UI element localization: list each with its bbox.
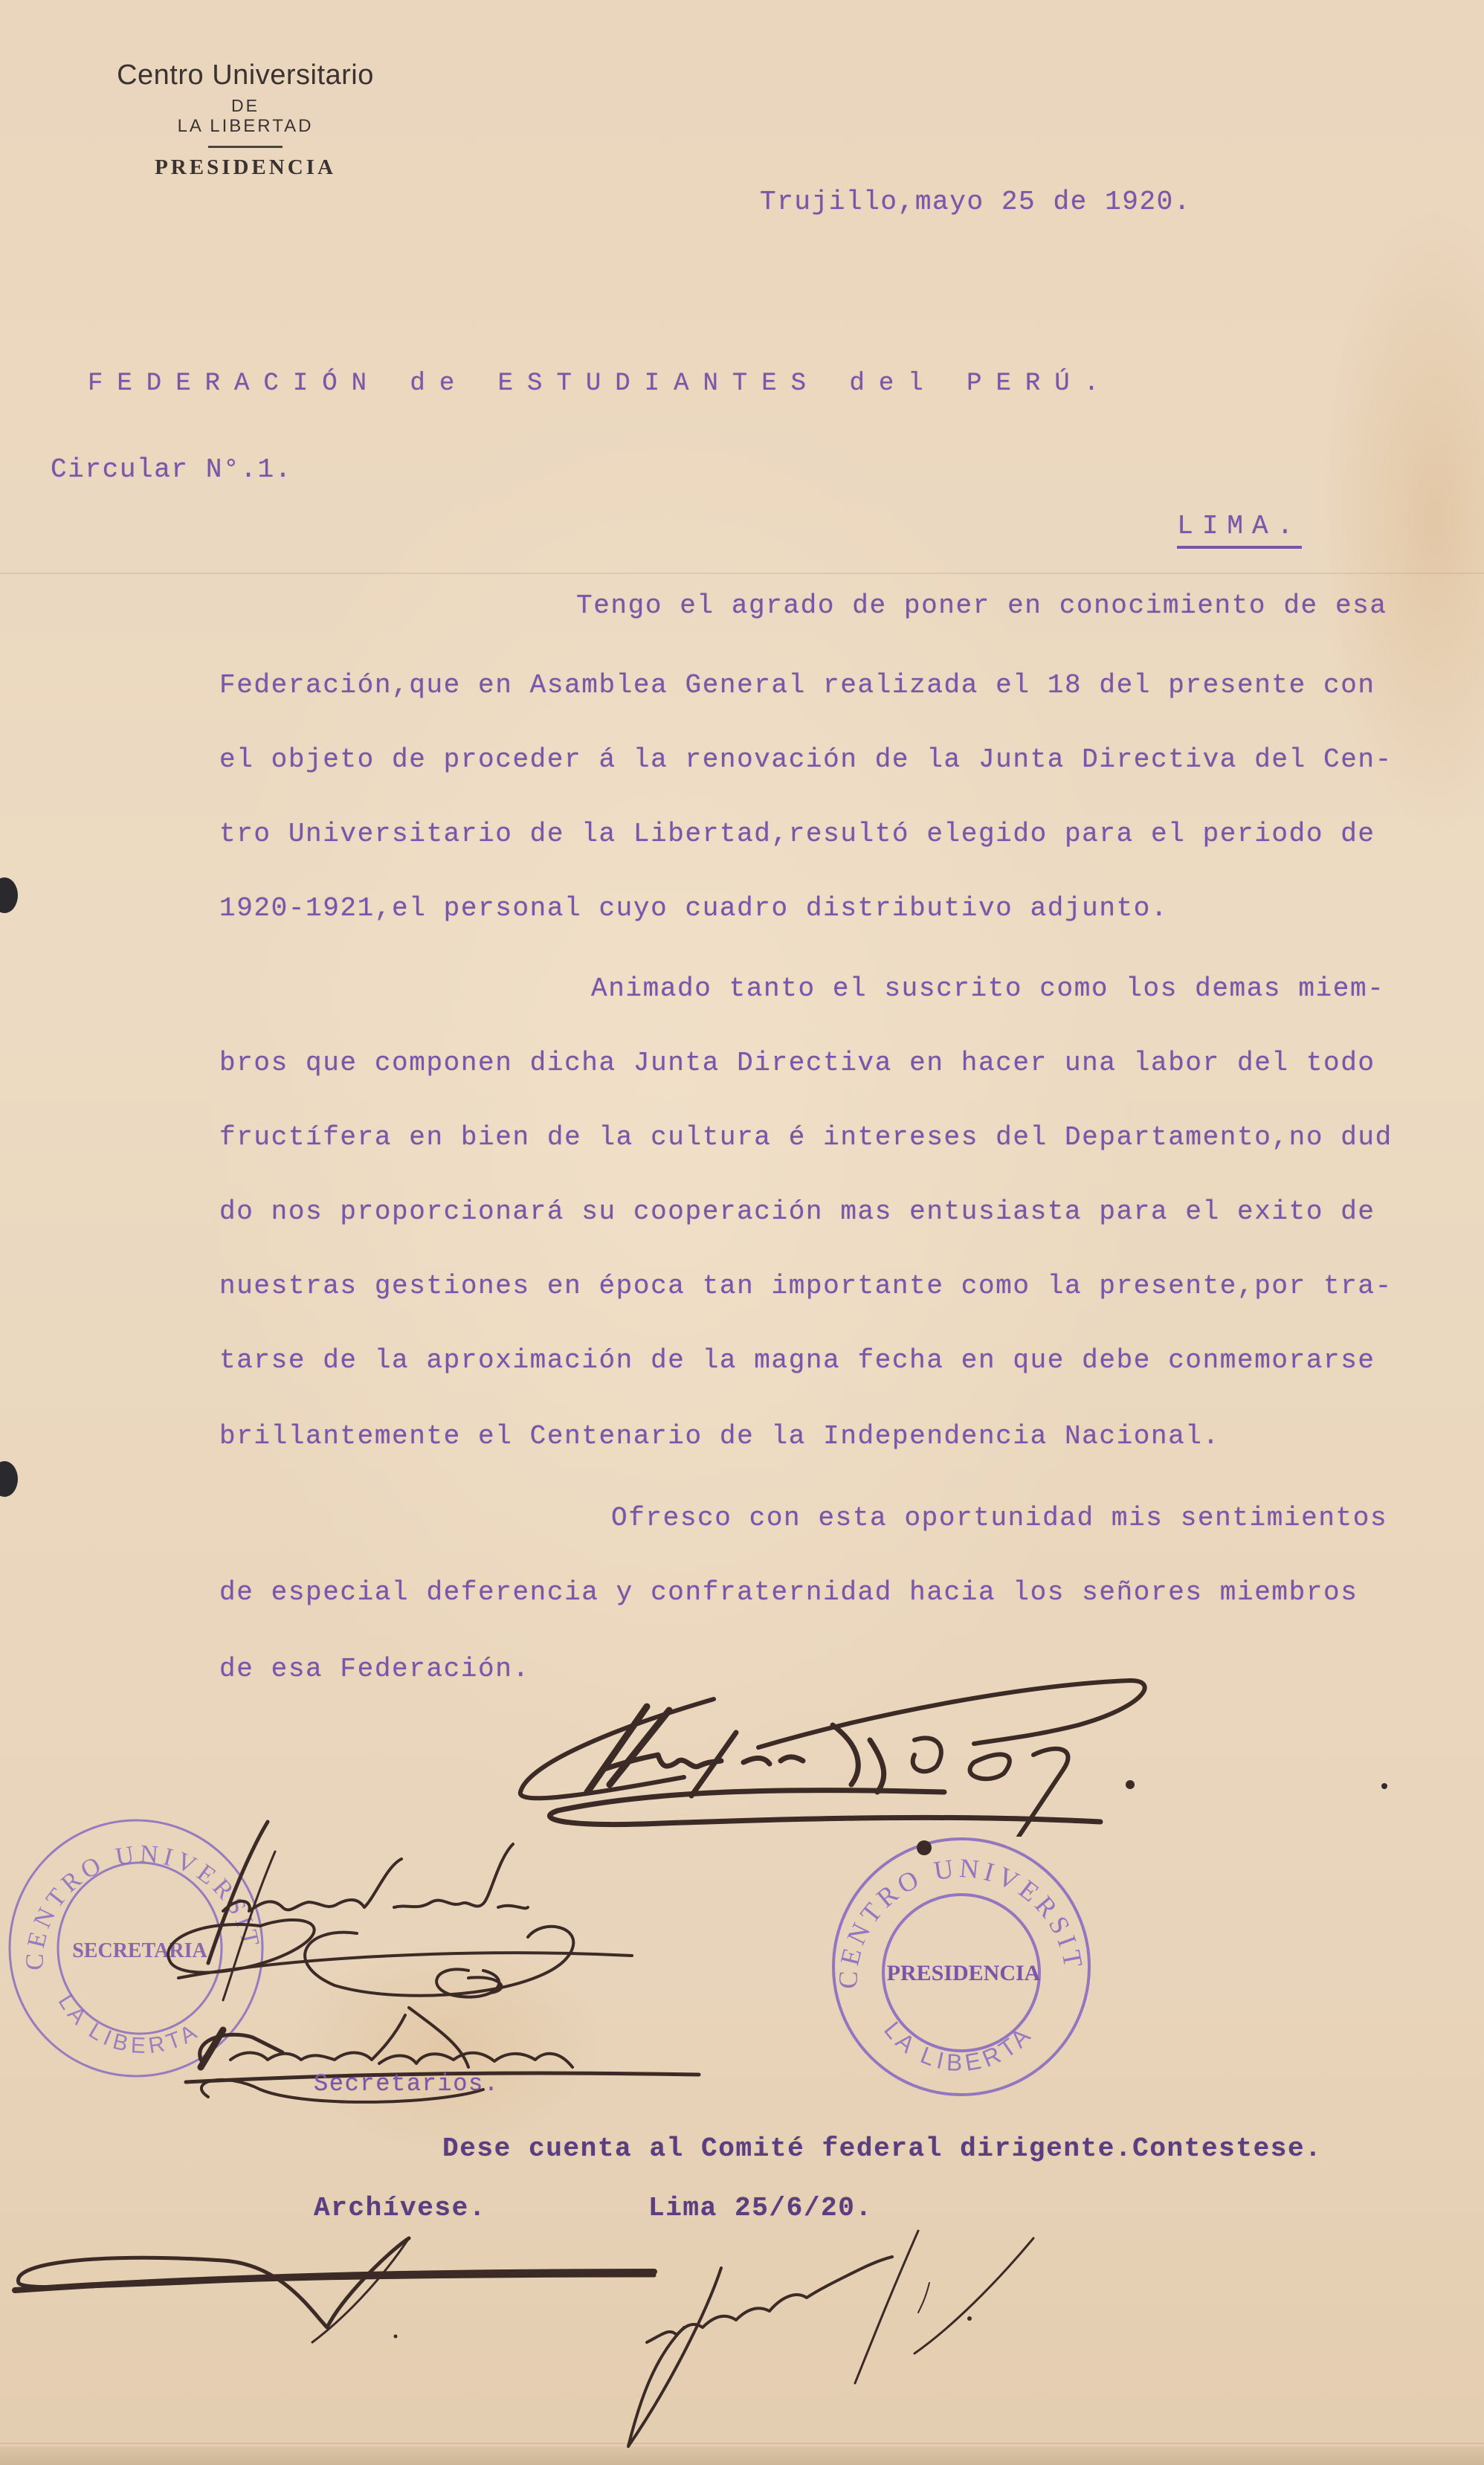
annotation-archive: Archívese. bbox=[314, 2194, 486, 2223]
annotation-place-date: Lima 25/6/20. bbox=[648, 2194, 873, 2223]
dateline: Trujillo,mayo 25 de 1920. bbox=[760, 187, 1191, 217]
ink-dot bbox=[1381, 1783, 1387, 1789]
paper-fold-line bbox=[0, 573, 1484, 574]
body-line: Federación,que en Asamblea General reali… bbox=[219, 671, 1375, 700]
body-line: do nos proporcionará su cooperación mas … bbox=[219, 1197, 1375, 1227]
annotation-instruction: Dese cuenta al Comité federal dirigente.… bbox=[442, 2134, 1322, 2164]
letterhead: Centro Universitario DE LA LIBERTAD PRES… bbox=[59, 58, 431, 180]
body-line: de esa Federación. bbox=[219, 1654, 530, 1684]
secretaries-signatures bbox=[112, 1814, 818, 2112]
body-line: brillantemente el Centenario de la Indep… bbox=[219, 1422, 1220, 1451]
ink-blot bbox=[917, 1840, 932, 1855]
addressee-city-text: LIMA. bbox=[1177, 511, 1302, 549]
body-line: fructífera en bien de la cultura é inter… bbox=[219, 1123, 1393, 1153]
body-line: Animado tanto el suscrito como los demas… bbox=[591, 974, 1384, 1004]
letterhead-organization: Centro Universitario bbox=[59, 58, 431, 92]
letterhead-office: PRESIDENCIA bbox=[59, 155, 431, 180]
body-line: nuestras gestiones en época tan importan… bbox=[219, 1272, 1393, 1301]
presidencia-stamp: CENTRO UNIVERSITARIO LA LIBERTAD PRESIDE… bbox=[824, 1833, 1099, 2101]
body-line: tro Universitario de la Libertad,resultó… bbox=[219, 819, 1375, 849]
addressee-city: LIMA. bbox=[1127, 482, 1302, 541]
body-line: tarse de la aproximación de la magna fec… bbox=[219, 1346, 1375, 1376]
body-line: Ofresco con esta oportunidad mis sentimi… bbox=[611, 1504, 1387, 1533]
letterhead-de: DE bbox=[59, 95, 431, 116]
body-line: de especial deferencia y confraternidad … bbox=[219, 1578, 1358, 1608]
federation-signature bbox=[0, 2223, 1115, 2461]
letterhead-divider bbox=[208, 146, 283, 148]
presidencia-stamp-center: PRESIDENCIA bbox=[887, 1961, 1041, 1985]
circular-number: Circular N°.1. bbox=[51, 455, 292, 485]
letterhead-place: LA LIBERTAD bbox=[59, 116, 431, 137]
president-signature bbox=[513, 1666, 1361, 1837]
secretaries-label: Secretarios. bbox=[314, 2069, 500, 2099]
body-line: Tengo el agrado de poner en conocimiento… bbox=[576, 591, 1387, 621]
body-line: bros que componen dicha Junta Directiva … bbox=[219, 1048, 1375, 1078]
body-line: 1920-1921,el personal cuyo cuadro distri… bbox=[219, 894, 1168, 924]
addressee-name: FEDERACIÓN de ESTUDIANTES del PERÚ. bbox=[88, 369, 1113, 399]
body-line: el objeto de proceder á la renovación de… bbox=[219, 745, 1393, 775]
